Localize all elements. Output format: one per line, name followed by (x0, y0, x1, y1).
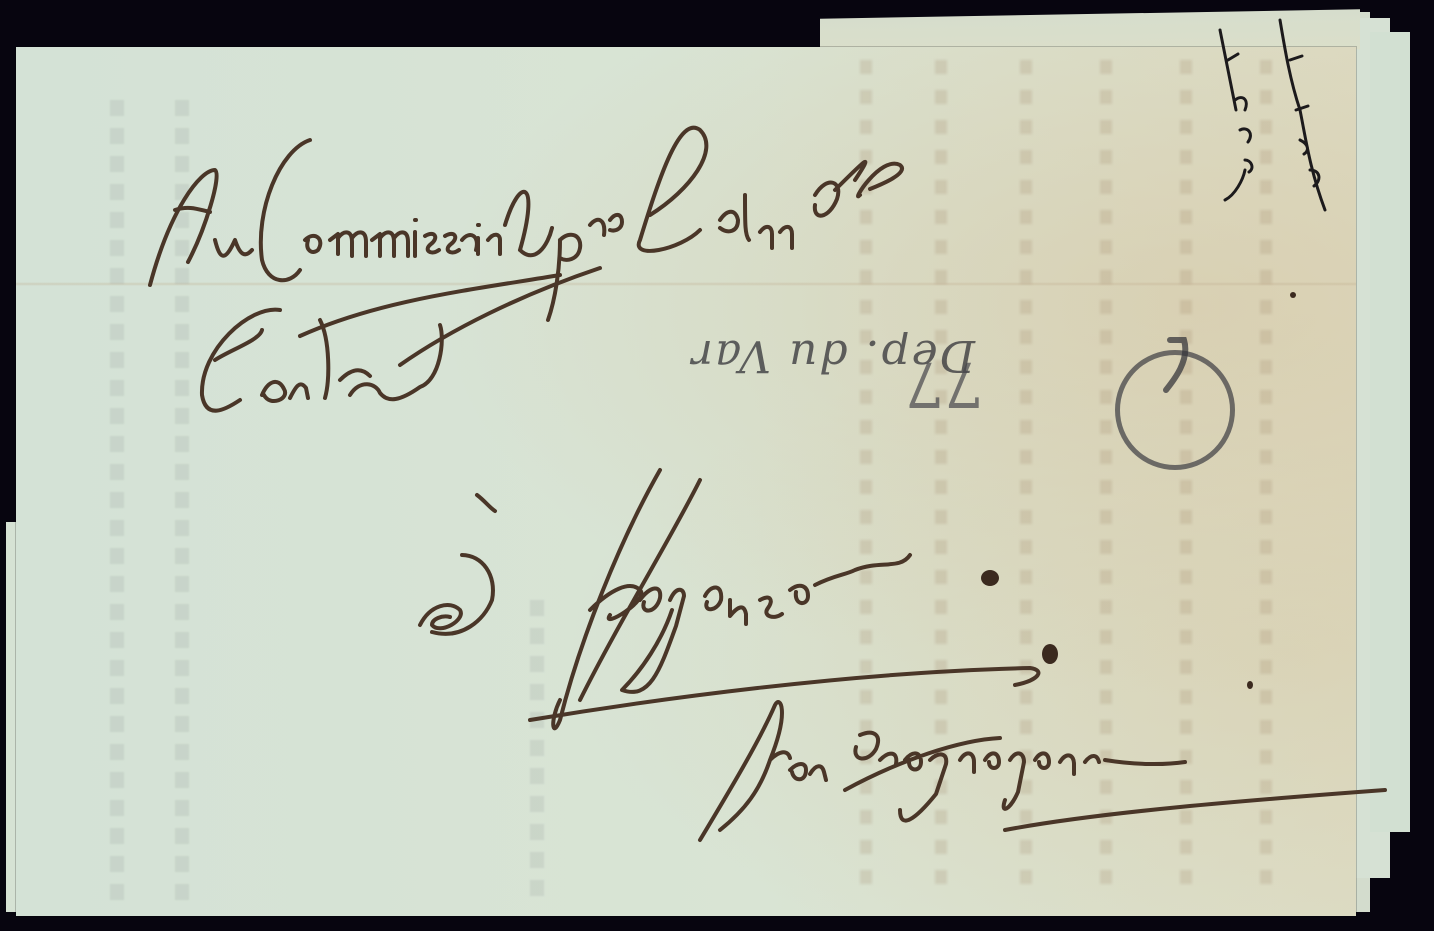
handwriting-ink (0, 0, 1434, 931)
photo-stage: Dep. du Var 77 (0, 0, 1434, 931)
